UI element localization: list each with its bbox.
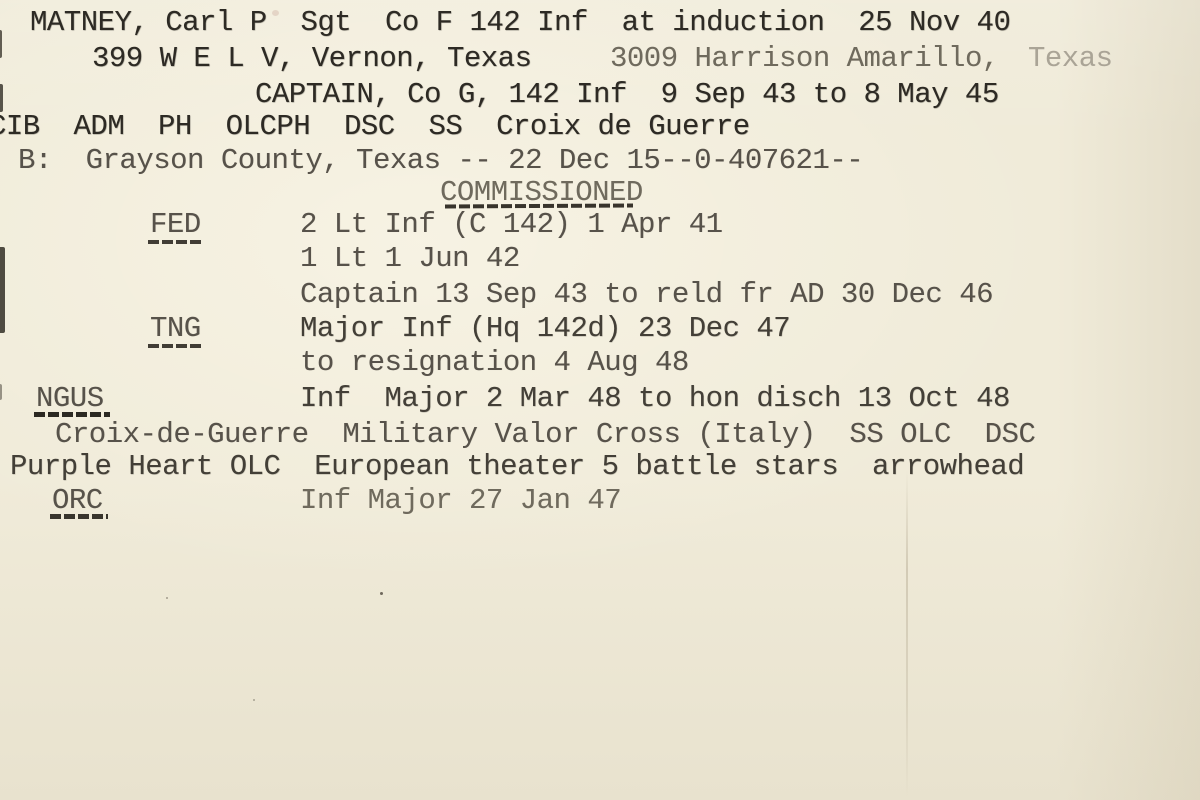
fed-label: FED [150,210,201,239]
tng-underline [148,344,202,348]
tng-entry-1: Major Inf (Hq 142d) 23 Dec 47 [300,314,790,343]
orc-label: ORC [52,486,103,515]
ink-smudge [272,10,279,16]
paper-speck [253,699,255,701]
scan-edge-mark [0,247,5,333]
decorations-line: CIB ADM PH OLCPH DSC SS Croix de Guerre [0,112,750,141]
tng-entry-2: to resignation 4 Aug 48 [300,348,689,377]
service-record-card: MATNEY, Carl P Sgt Co F 142 Inf at induc… [0,0,1200,800]
alt-address: 3009 Harrison Amarillo, [610,44,999,73]
scan-edge-mark [0,384,2,400]
fed-entry-2: 1 Lt 1 Jun 42 [300,244,520,273]
ngus-label: NGUS [36,384,104,413]
ngus-entry: Inf Major 2 Mar 48 to hon disch 13 Oct 4… [300,384,1010,413]
tng-label: TNG [150,314,201,343]
fed-underline [148,240,202,244]
awards-line-2: Purple Heart OLC European theater 5 batt… [10,452,1024,481]
birth-line: B: Grayson County, Texas -- 22 Dec 15--0… [18,146,863,175]
fed-entry-1: 2 Lt Inf (C 142) 1 Apr 41 [300,210,723,239]
orc-entry: Inf Major 27 Jan 47 [300,486,621,515]
fed-entry-3: Captain 13 Sep 43 to reld fr AD 30 Dec 4… [300,280,993,309]
rank-line: CAPTAIN, Co G, 142 Inf 9 Sep 43 to 8 May… [255,80,999,109]
paper-speck [380,592,383,595]
awards-line-1: Croix-de-Guerre Military Valor Cross (It… [55,420,1035,449]
paper-crease [906,470,908,800]
name-line: MATNEY, Carl P Sgt Co F 142 Inf at induc… [30,8,1010,37]
orc-underline [50,514,108,519]
paper-speck [166,597,168,599]
alt-address-state: Texas [1028,44,1113,73]
home-address: 399 W E L V, Vernon, Texas [92,44,531,73]
scan-edge-mark [0,84,3,112]
scan-edge-mark [0,30,2,58]
ngus-underline [34,412,110,417]
